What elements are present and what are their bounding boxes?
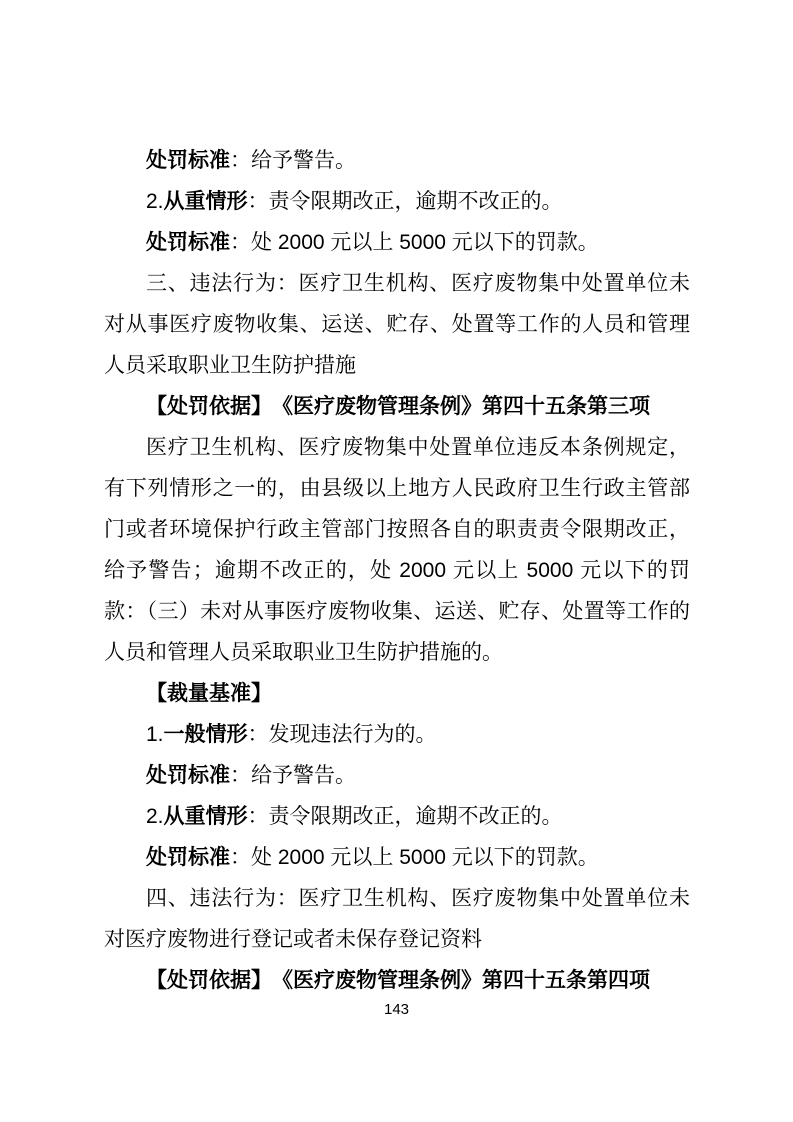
bold-text-segment: 【裁量基准】 bbox=[146, 682, 272, 705]
bold-text-segment: 处罚标准 bbox=[146, 846, 230, 869]
paragraph: 【裁量基准】 bbox=[104, 673, 690, 714]
text-segment: 医疗卫生机构、医疗废物集中处置单位违反本条例规定，有下列情形之一的，由县级以上地… bbox=[104, 436, 690, 664]
paragraph: 三、违法行为：医疗卫生机构、医疗废物集中处置单位未对从事医疗废物收集、运送、贮存… bbox=[104, 263, 690, 386]
paragraph: 1.一般情形：发现违法行为的。 bbox=[104, 714, 690, 755]
paragraph: 【处罚依据】 《医疗废物管理条例》第四十五条第四项 bbox=[104, 960, 690, 1001]
text-segment: 2. bbox=[146, 805, 164, 828]
bold-text-segment: 从重情形 bbox=[164, 805, 248, 828]
bold-text-segment: 处罚标准 bbox=[146, 231, 230, 254]
text-segment: 2. bbox=[146, 190, 164, 213]
text-segment: 三、违法行为：医疗卫生机构、医疗废物集中处置单位未对从事医疗废物收集、运送、贮存… bbox=[104, 272, 690, 377]
text-segment: 四、违法行为：医疗卫生机构、医疗废物集中处置单位未对医疗废物进行登记或者未保存登… bbox=[104, 887, 690, 951]
text-segment: 1. bbox=[146, 723, 164, 746]
bold-text-segment: 【处罚依据】 《医疗废物管理条例》第四十五条第四项 bbox=[146, 969, 650, 992]
paragraph: 2.从重情形：责令限期改正，逾期不改正的。 bbox=[104, 796, 690, 837]
document-body: 处罚标准：给予警告。2.从重情形：责令限期改正，逾期不改正的。处罚标准：处 20… bbox=[104, 140, 690, 1001]
paragraph: 2.从重情形：责令限期改正，逾期不改正的。 bbox=[104, 181, 690, 222]
text-segment: ：发现违法行为的。 bbox=[248, 723, 437, 746]
text-segment: ：责令限期改正，逾期不改正的。 bbox=[248, 805, 563, 828]
paragraph: 处罚标准：给予警告。 bbox=[104, 755, 690, 796]
bold-text-segment: 处罚标准 bbox=[146, 149, 230, 172]
bold-text-segment: 一般情形 bbox=[164, 723, 248, 746]
bold-text-segment: 从重情形 bbox=[164, 190, 248, 213]
paragraph: 医疗卫生机构、医疗废物集中处置单位违反本条例规定，有下列情形之一的，由县级以上地… bbox=[104, 427, 690, 673]
paragraph: 处罚标准：处 2000 元以上 5000 元以下的罚款。 bbox=[104, 222, 690, 263]
document-page: 处罚标准：给予警告。2.从重情形：责令限期改正，逾期不改正的。处罚标准：处 20… bbox=[0, 0, 793, 1122]
text-segment: ：处 2000 元以上 5000 元以下的罚款。 bbox=[230, 846, 599, 869]
text-segment: ：给予警告。 bbox=[230, 149, 356, 172]
paragraph: 四、违法行为：医疗卫生机构、医疗废物集中处置单位未对医疗废物进行登记或者未保存登… bbox=[104, 878, 690, 960]
paragraph: 处罚标准：给予警告。 bbox=[104, 140, 690, 181]
text-segment: ：责令限期改正，逾期不改正的。 bbox=[248, 190, 563, 213]
page-number: 143 bbox=[0, 1001, 793, 1019]
text-segment: ：处 2000 元以上 5000 元以下的罚款。 bbox=[230, 231, 599, 254]
text-segment: ：给予警告。 bbox=[230, 764, 356, 787]
paragraph: 【处罚依据】 《医疗废物管理条例》第四十五条第三项 bbox=[104, 386, 690, 427]
paragraph: 处罚标准：处 2000 元以上 5000 元以下的罚款。 bbox=[104, 837, 690, 878]
bold-text-segment: 【处罚依据】 《医疗废物管理条例》第四十五条第三项 bbox=[146, 395, 650, 418]
bold-text-segment: 处罚标准 bbox=[146, 764, 230, 787]
